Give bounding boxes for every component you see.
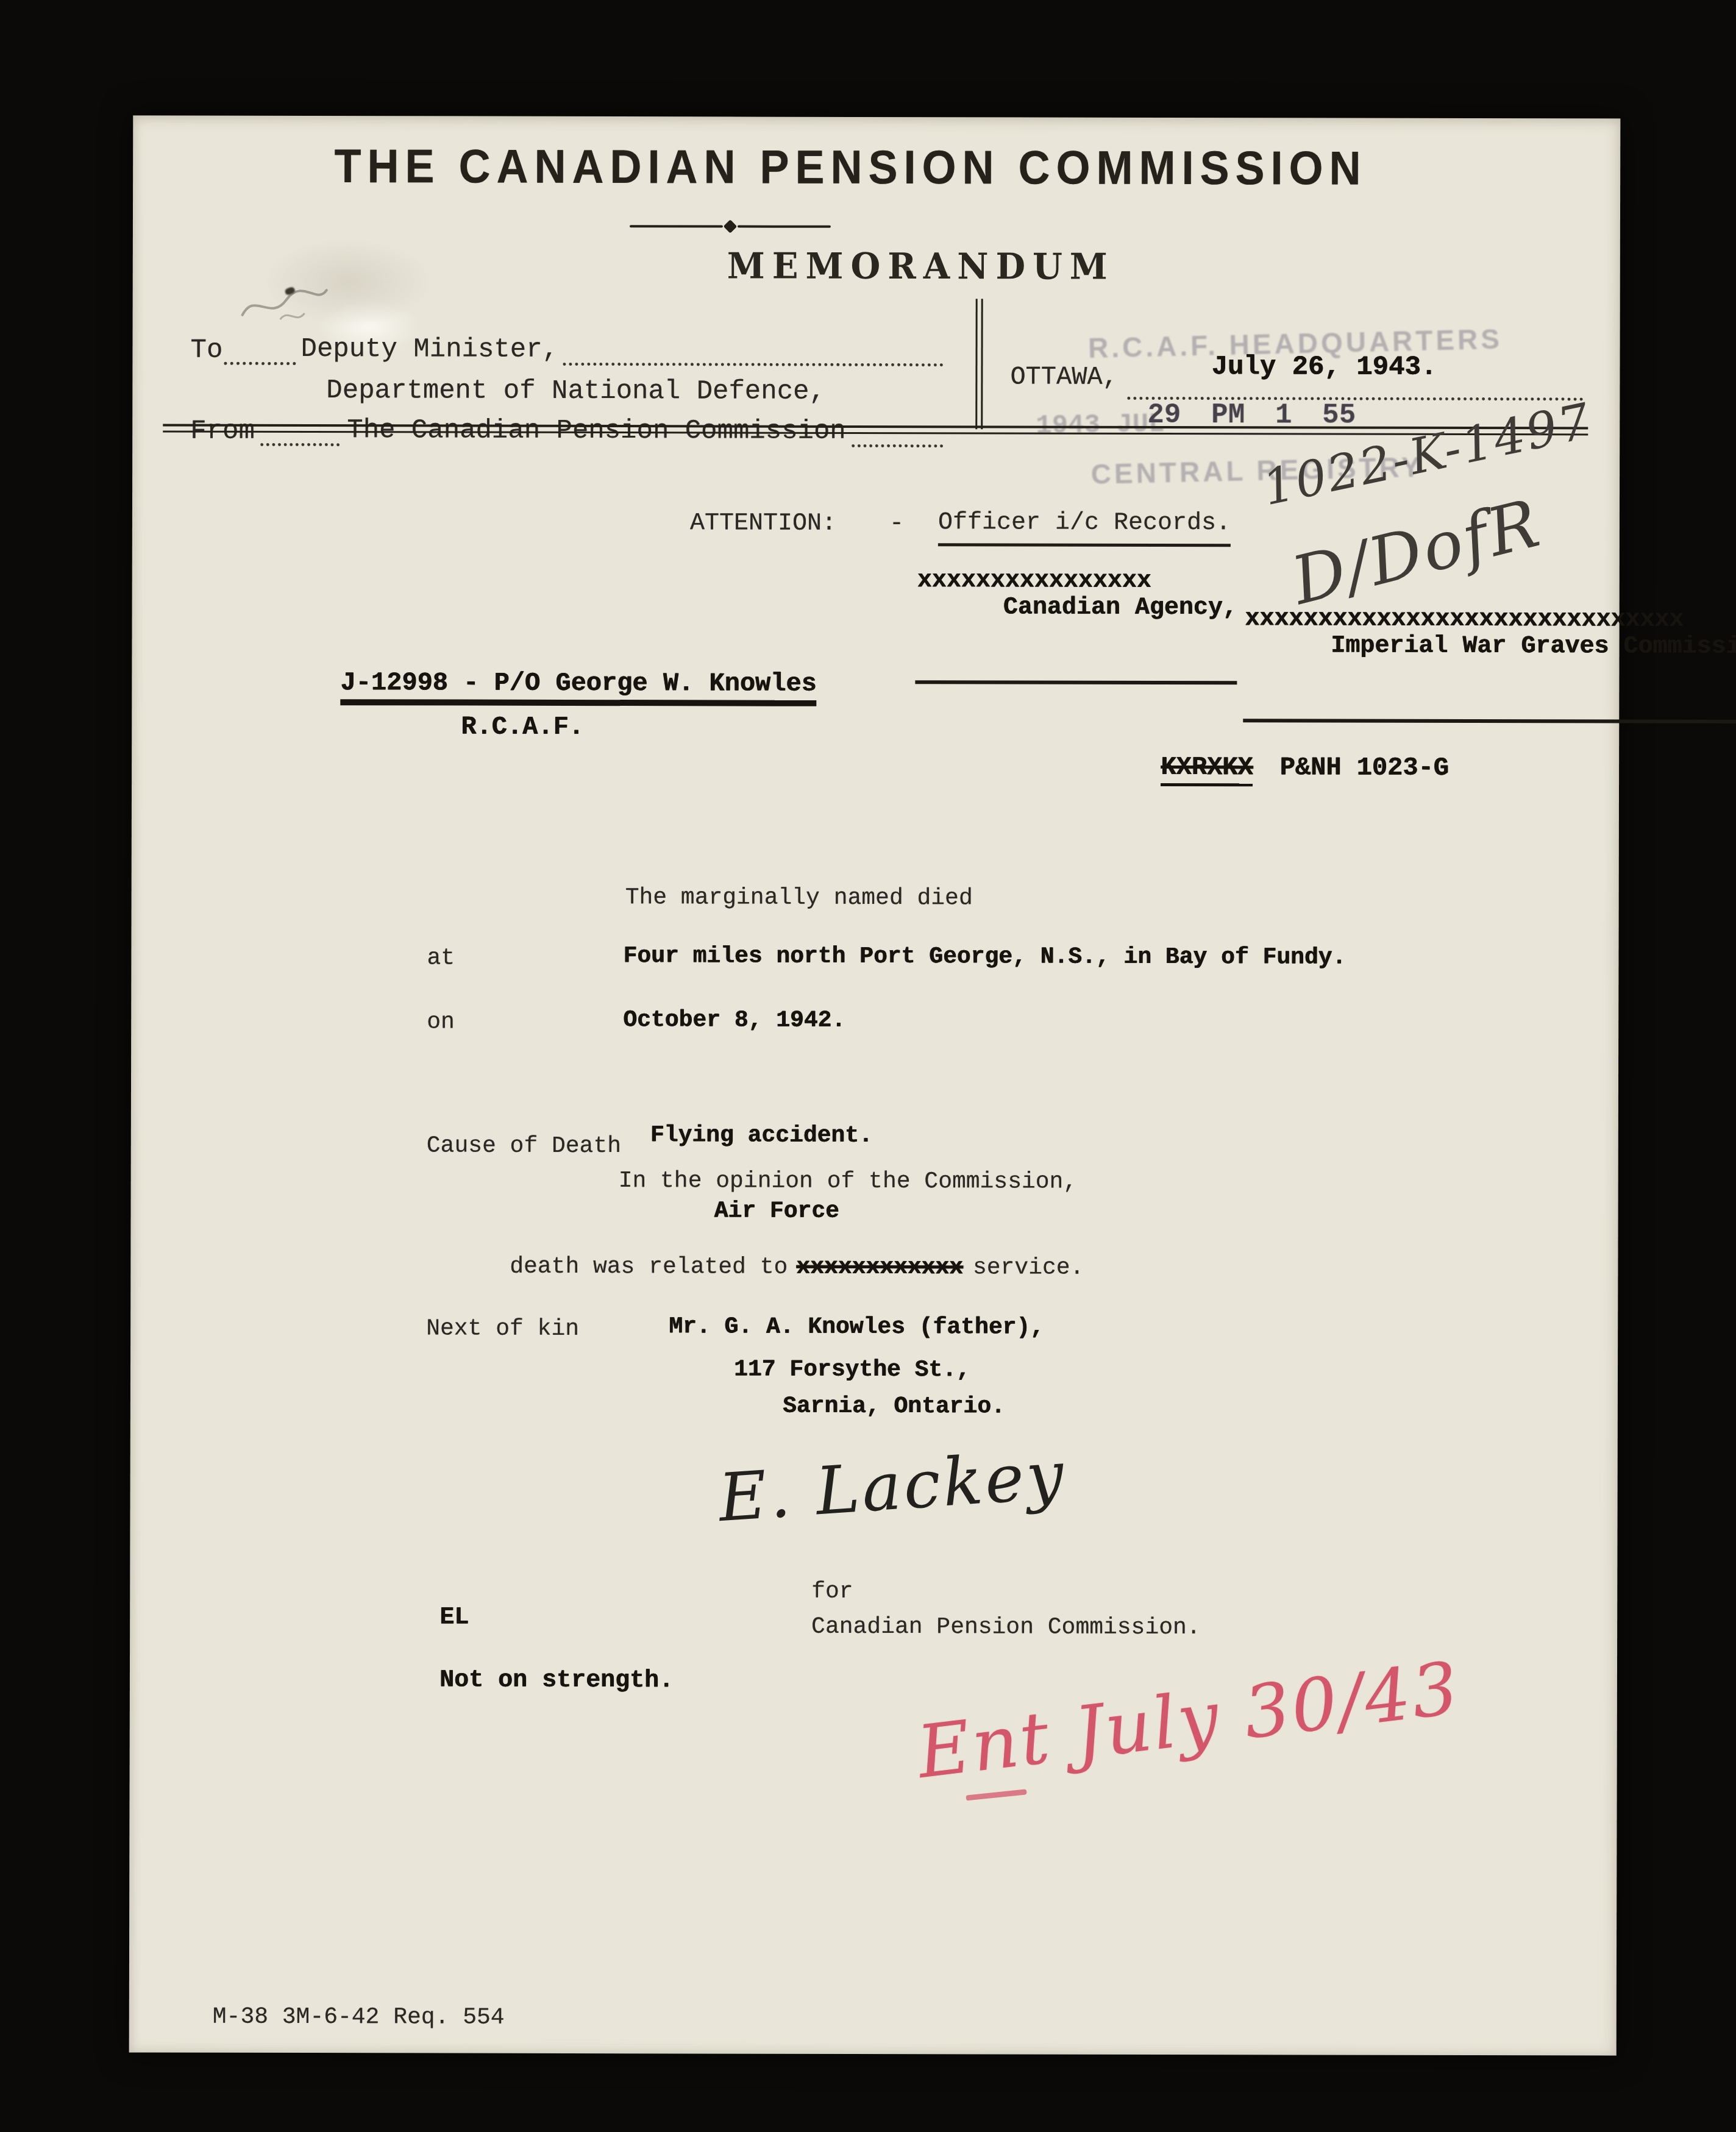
related-service-line: death was related toxxxxxxxxxxxxservice. <box>426 1226 1084 1307</box>
pencil-scribble <box>238 282 332 333</box>
attention-label: ATTENTION: <box>690 510 836 538</box>
ornament-bar-right <box>738 226 831 228</box>
service-branch-insert: Air Force <box>714 1198 839 1224</box>
to-department: Department of National Defence, <box>326 375 825 407</box>
signoff-org: Canadian Pension Commission. <box>811 1614 1201 1641</box>
struck-line-1-overstrike: xxxxxxxxxxxxxxxx <box>917 567 1151 595</box>
next-of-kin-street: 117 Forsythe St., <box>734 1357 970 1384</box>
dotted-leader <box>224 362 296 365</box>
attention-value: Officer i/c Records. <box>938 509 1231 547</box>
on-label: on <box>427 1009 455 1036</box>
struck-line-2-overstrike: xxxxxxxxxxxxxxxxxxxxxxxxxxxxxx <box>1245 605 1684 634</box>
ornament-divider <box>630 221 831 232</box>
doc-type-heading: MEMORANDUM <box>727 245 1038 288</box>
place-of-death: Four miles north Port George, N.S., in B… <box>623 943 1346 971</box>
struck-line-2-text: Imperial War Graves Commission <box>1331 633 1736 661</box>
next-of-kin-name: Mr. G. A. Knowles (father), <box>669 1313 1044 1341</box>
entered-annotation: Ent July 30/43 <box>913 1646 1464 1794</box>
scanned-document-canvas: THE CANADIAN PENSION COMMISSION MEMORAND… <box>0 0 1736 2132</box>
related-post: service. <box>973 1254 1084 1281</box>
entered-underline <box>966 1789 1026 1800</box>
dotted-leader <box>563 363 943 366</box>
at-label: at <box>427 945 455 972</box>
cause-value: Flying accident. <box>650 1122 873 1149</box>
ornament-bar-left <box>630 225 723 227</box>
subject-line: J-12998 - P/O George W. Knowles <box>340 668 816 706</box>
struck-line-1-text: Canadian Agency, <box>1003 594 1237 622</box>
dotted-leader <box>260 443 340 446</box>
signature: E. Lackey <box>716 1437 1069 1537</box>
to-label: To <box>190 335 222 366</box>
memo-date: July 26, 1943. <box>1211 352 1437 383</box>
opinion-line: In the opinion of the Commission, <box>619 1168 1078 1195</box>
cause-label: Cause of Death <box>427 1132 621 1159</box>
ornament-knot <box>724 219 738 233</box>
strength-note: Not on strength. <box>439 1667 674 1696</box>
reference-number: P&NH 1023-G <box>1280 753 1449 783</box>
dotted-leader <box>852 444 943 447</box>
reference-row: KXRXKXP&NH 1023-G <box>1069 723 1449 812</box>
related-pre: death was related to <box>510 1253 788 1280</box>
for-label: for <box>811 1579 853 1605</box>
to-name: Deputy Minister, <box>301 334 558 365</box>
typist-initials: EL <box>439 1604 469 1632</box>
subject-service: R.C.A.F. <box>461 712 584 742</box>
next-of-kin-label: Next of kin <box>426 1315 579 1342</box>
attention-dash: - <box>889 510 904 538</box>
reference-struck: KXRXKX <box>1161 753 1253 786</box>
next-of-kin-city: Sarnia, Ontario. <box>783 1393 1005 1420</box>
vertical-rule <box>975 299 983 429</box>
struck-line-1: Canadian Agency, xxxxxxxxxxxxxxxx <box>915 566 1237 684</box>
date-of-death: October 8, 1942. <box>623 1007 845 1034</box>
place-label: OTTAWA, <box>1010 362 1118 392</box>
struck-line-2: Imperial War Graves Commission xxxxxxxxx… <box>1243 604 1736 723</box>
related-struck-word: xxxxxxxxxxxx <box>796 1254 963 1281</box>
org-title: THE CANADIAN PENSION COMMISSION <box>316 140 1386 196</box>
memo-page: THE CANADIAN PENSION COMMISSION MEMORAND… <box>129 115 1621 2055</box>
body-intro: The marginally named died <box>625 884 973 912</box>
form-number: M-38 3M-6-42 Req. 554 <box>213 2004 505 2031</box>
